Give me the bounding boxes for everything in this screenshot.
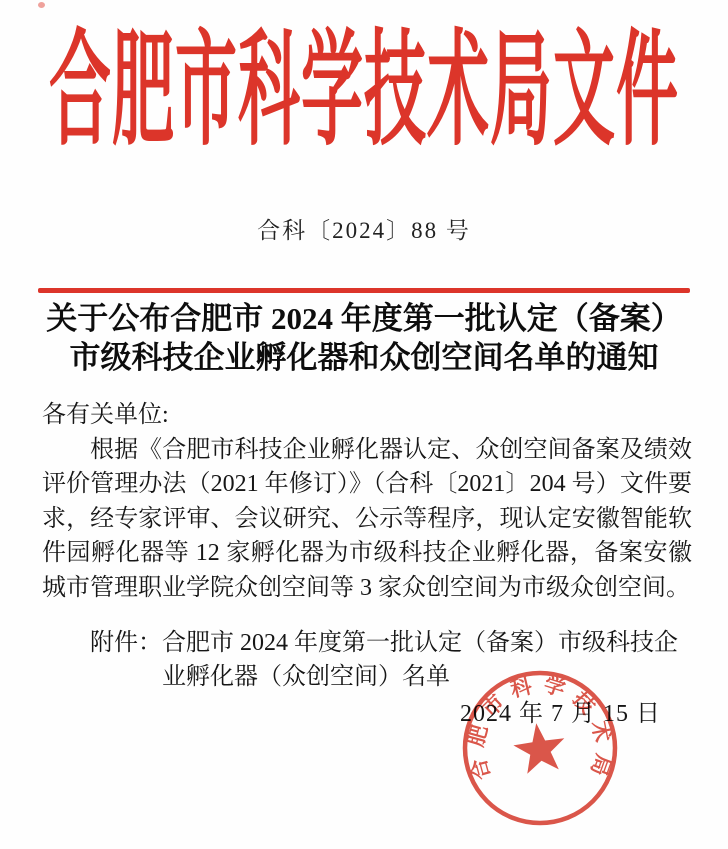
document-header-banner: 合肥市科学技术局文件	[0, 30, 728, 155]
document-title-line1: 关于公布合肥市 2024 年度第一批认定（备案）	[20, 299, 708, 338]
document-body: 各有关单位: 根据《合肥市科技企业孵化器认定、众创空间备案及绩效评价管理办法（2…	[42, 398, 692, 605]
attachment-label: 附件：	[90, 626, 162, 694]
document-number: 合科〔2024〕88 号	[0, 216, 728, 246]
main-paragraph: 根据《合肥市科技企业孵化器认定、众创空间备案及绩效评价管理办法（2021 年修订…	[42, 433, 692, 606]
document-title-line2: 市级科技企业孵化器和众创空间名单的通知	[20, 338, 708, 377]
issue-date: 2024 年 7 月 15 日	[460, 699, 661, 729]
attachment-text: 合肥市 2024 年度第一批认定（备案）市级科技企业孵化器（众创空间）名单	[162, 626, 692, 694]
red-divider-line	[38, 288, 690, 293]
document-title: 关于公布合肥市 2024 年度第一批认定（备案） 市级科技企业孵化器和众创空间名…	[20, 299, 708, 377]
attachment-row: 附件： 合肥市 2024 年度第一批认定（备案）市级科技企业孵化器（众创空间）名…	[42, 626, 692, 694]
seal-circle	[465, 673, 615, 823]
scan-artifact	[38, 2, 45, 8]
document-page: 合肥市科学技术局文件 合科〔2024〕88 号 关于公布合肥市 2024 年度第…	[0, 0, 728, 849]
salutation: 各有关单位:	[42, 398, 692, 433]
